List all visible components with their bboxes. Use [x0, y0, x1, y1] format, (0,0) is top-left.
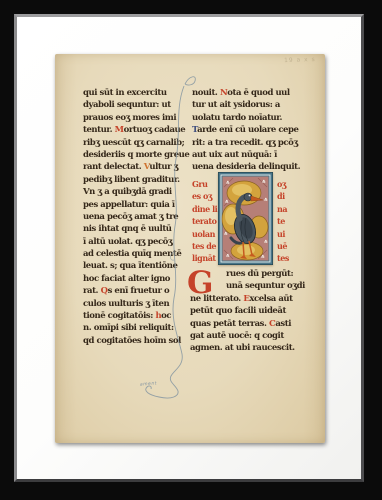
text-line: leuat. s; qua ītentiōne [83, 260, 177, 272]
text-line: desideriis q morte greue [83, 149, 177, 161]
text-line: na [277, 203, 291, 215]
text-line: te [277, 215, 291, 227]
text-line: lignāt [192, 252, 218, 264]
text-line: qui sūt in excercitu [83, 87, 177, 99]
text-line: gat autē uocē: q cogit [190, 330, 292, 342]
text-line: tionē cogitatōis: hoc [83, 310, 177, 322]
text-line: rat. Qs enī fruetur o [83, 285, 177, 297]
text-line: qd cogitatōes hoīm sol [83, 335, 177, 347]
crane-illustration-icon [218, 172, 273, 265]
text-line: uolan [192, 228, 218, 240]
text-line: tes de [192, 240, 218, 252]
text-line: Gru [192, 178, 218, 190]
rubric-right-column: oʒdinateuiuētes [277, 178, 291, 265]
text-line: Vn ʒ a quibʒdā gradi [83, 186, 177, 198]
text-line: es oʒ [192, 190, 218, 202]
text-line: nis ihtat qnq ē uultū [83, 223, 177, 235]
framed-artwork-photo: 19 a x s qui sūt in excercitudyaboli seq… [0, 0, 382, 500]
text-line: terato [192, 215, 218, 227]
text-line: dyaboli sequntur: ut [83, 99, 177, 111]
text-line: pes appellatur: quia ī [83, 199, 177, 211]
text-line: dine li [192, 203, 218, 215]
text-line: nouit. Nota ē quod uul [192, 87, 292, 99]
text-line: tur ut ait ysidorus: a [192, 99, 292, 111]
text-line: agmen. at ubi raucescit. [190, 342, 292, 354]
manuscript-page: 19 a x s qui sūt in excercitudyaboli seq… [55, 54, 325, 443]
text-line: di [277, 190, 291, 202]
text-line: quas petāt terras. Casti [190, 318, 292, 330]
rubric-left-column: Grues oʒdine literatouolantes delignāt [192, 178, 218, 265]
text-line: culos uulturis ʒ īten [83, 298, 177, 310]
crane-miniature [218, 172, 273, 265]
text-line: aut uix aut nūquā: ī [192, 149, 292, 161]
text-line: Tarde enī cū uolare cepe [192, 124, 292, 136]
text-line: ui [277, 228, 291, 240]
text-line: petūt quo facili uideāt [190, 305, 292, 317]
text-line: ribʒ uescūt qʒ carnalib; [83, 137, 177, 149]
gutter-scribble: ament [140, 381, 157, 387]
text-line: ad celestia quīq mentē [83, 248, 177, 260]
text-line: uolatu tardo noīatur. [192, 112, 292, 124]
text-line: pedibʒ libent graditur. [83, 174, 177, 186]
text-line: oʒ [277, 178, 291, 190]
left-text-column: qui sūt in excercitudyaboli sequntur: ut… [83, 87, 177, 347]
text-line: rit: a tra recedit. qʒ pcōʒ [192, 137, 292, 149]
illuminated-initial-g: G [187, 266, 221, 300]
text-line: uena pecōʒ amat ʒ tre [83, 211, 177, 223]
text-line: uē [277, 240, 291, 252]
text-line: rant delectat. Vultur ʒ [83, 161, 177, 173]
text-line: tentur. Mortuoʒ cadaue [83, 124, 177, 136]
text-line: hoc faciat alter igno [83, 273, 177, 285]
text-line: ī altū uolat. qʒ pecōʒ [83, 236, 177, 248]
text-line: tes [277, 252, 291, 264]
text-line: prauos eoʒ mores imi [83, 112, 177, 124]
text-line: n. omīpi sibi reliquit: [83, 322, 177, 334]
right-text-column-top: nouit. Nota ē quod uultur ut ait ysidoru… [192, 87, 292, 174]
